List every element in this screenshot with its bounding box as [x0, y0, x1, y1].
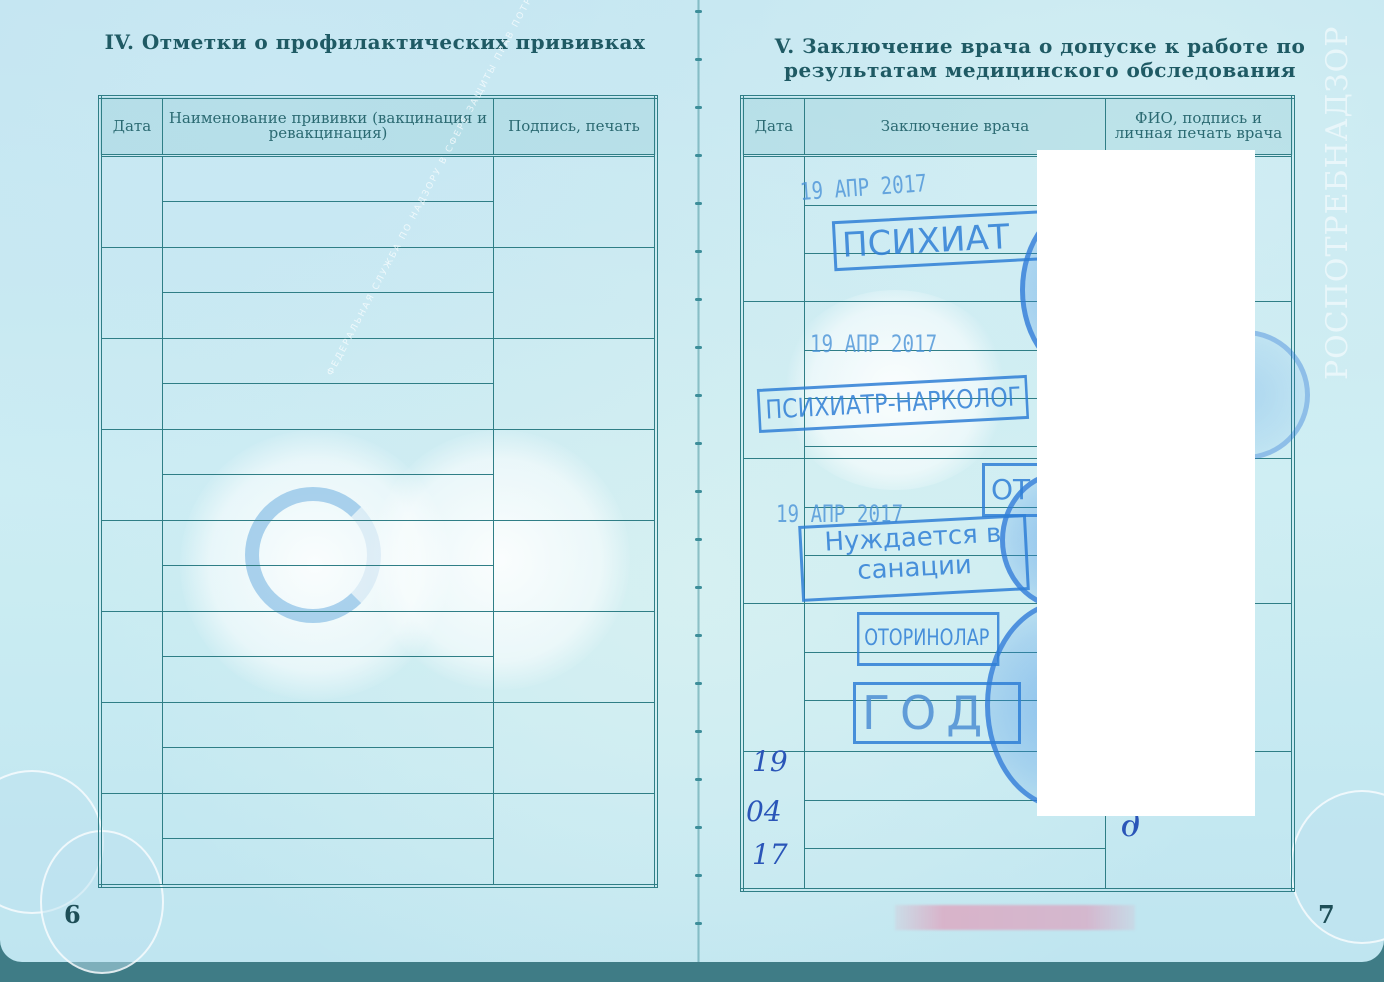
row-subline: [163, 474, 493, 475]
vaccination-table: Дата Наименование прививки (вакцинация и…: [98, 95, 658, 888]
page-number: 6: [64, 900, 81, 929]
section-title-iv: IV. Отметки о профилактических прививках: [90, 30, 660, 54]
header-conclusion: Заключение врача: [805, 97, 1106, 155]
stitch-mark: [695, 490, 702, 493]
header-date: Дата: [100, 97, 163, 155]
redacted-area: [1037, 150, 1255, 816]
row-subline: [163, 201, 493, 202]
stitch-mark: [695, 10, 702, 13]
stitch-mark: [695, 442, 702, 445]
stitch-mark: [695, 394, 702, 397]
row-subline: [163, 838, 493, 839]
table-row: [100, 520, 656, 611]
signature-cell[interactable]: [494, 429, 657, 520]
date-cell[interactable]: [742, 155, 805, 301]
cloud-ornament: [1290, 790, 1384, 944]
stamp-needs-sanation-text: Нуждается в санации: [824, 518, 1002, 586]
stitch-mark: [695, 922, 702, 925]
vaccine-cell[interactable]: [163, 611, 494, 702]
date-cell[interactable]: [100, 429, 163, 520]
stitch-mark: [695, 586, 702, 589]
vaccine-cell[interactable]: [163, 429, 494, 520]
stamp-fit: ГОД: [853, 682, 1021, 744]
row-subline: [163, 747, 493, 748]
date-cell[interactable]: [100, 793, 163, 886]
rospotrebnadzor-watermark: РОСПОТРЕБНАДЗОР: [1320, 50, 1355, 380]
date-cell[interactable]: [100, 520, 163, 611]
stitch-mark: [695, 58, 702, 61]
page-number: 7: [1318, 900, 1335, 929]
date-cell[interactable]: [100, 611, 163, 702]
row-subline: [163, 565, 493, 566]
signature-cell[interactable]: [494, 155, 657, 247]
date-cell[interactable]: [742, 603, 805, 751]
vaccine-cell[interactable]: [163, 338, 494, 429]
ruled-line: [805, 848, 1105, 849]
stitch-mark: [695, 730, 702, 733]
signature-cell[interactable]: [494, 611, 657, 702]
stitch-mark: [695, 250, 702, 253]
signature-cell[interactable]: [494, 247, 657, 338]
stamp-otorhinolaryngologist: ОТОРИНОЛАР: [857, 612, 999, 666]
handwritten-year: 17: [752, 838, 788, 871]
date-cell[interactable]: [742, 301, 805, 458]
stitch-mark: [695, 154, 702, 157]
signature-cell[interactable]: [494, 793, 657, 886]
stitch-mark: [695, 298, 702, 301]
stitch-mark: [695, 874, 702, 877]
stitch-mark: [695, 778, 702, 781]
section-title-line-2: результатам медицинского обследования: [740, 58, 1340, 82]
row-subline: [163, 292, 493, 293]
header-vaccine-name: Наименование прививки (вакцинация и рева…: [163, 97, 494, 155]
date-cell[interactable]: [100, 338, 163, 429]
table-row: [100, 702, 656, 793]
date-cell[interactable]: [100, 155, 163, 247]
stitch-mark: [695, 346, 702, 349]
handwritten-month: 04: [746, 795, 782, 828]
signature-cell[interactable]: [494, 338, 657, 429]
date-cell[interactable]: [100, 247, 163, 338]
row-subline: [163, 656, 493, 657]
stitch-mark: [695, 682, 702, 685]
signature-cell[interactable]: [494, 702, 657, 793]
vaccine-cell[interactable]: [163, 702, 494, 793]
handwritten-day: 19: [752, 745, 788, 778]
date-stamp: 19 АПР 2017: [810, 330, 937, 358]
signature-cell[interactable]: [494, 520, 657, 611]
stamp-needs-sanation: Нуждается в санации: [798, 514, 1030, 602]
stitch-mark: [695, 106, 702, 109]
header-signature: Подпись, печать: [494, 97, 657, 155]
stitch-mark: [695, 634, 702, 637]
right-page: V. Заключение врача о допуске к работе п…: [700, 0, 1384, 962]
table-row: [100, 611, 656, 702]
row-subline: [163, 383, 493, 384]
table-row: [100, 429, 656, 520]
date-cell[interactable]: [100, 702, 163, 793]
stitch-mark: [695, 826, 702, 829]
table-row: [100, 338, 656, 429]
header-doctor-signature: ФИО, подпись и личная печать врача: [1106, 97, 1294, 155]
stamp-partial: ОТ: [982, 463, 1040, 517]
stitch-mark: [695, 202, 702, 205]
redacted-area: [895, 905, 1135, 930]
date-cell[interactable]: [742, 458, 805, 603]
table-row: [100, 155, 656, 247]
header-date: Дата: [742, 97, 805, 155]
table-row: [100, 793, 656, 886]
passport-spread: IV. Отметки о профилактических прививках…: [0, 0, 1384, 962]
vaccine-cell[interactable]: [163, 793, 494, 886]
vaccine-cell[interactable]: [163, 520, 494, 611]
section-title-v: V. Заключение врача о допуске к работе п…: [740, 34, 1340, 82]
left-page: IV. Отметки о профилактических прививках…: [0, 0, 700, 962]
section-title-line-1: V. Заключение врача о допуске к работе п…: [740, 34, 1340, 58]
vaccine-cell[interactable]: [163, 247, 494, 338]
stitch-mark: [695, 538, 702, 541]
